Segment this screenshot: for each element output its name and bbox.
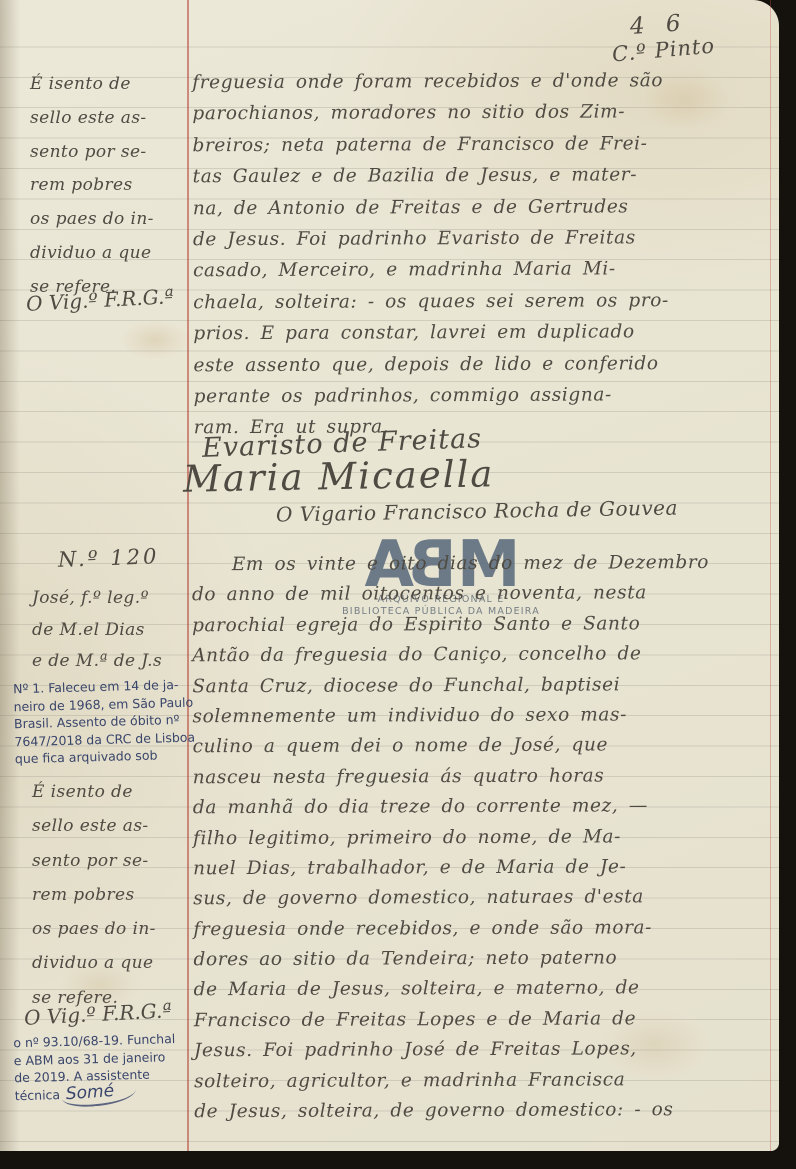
- left-margin-rule: [187, 0, 189, 1151]
- text-line: breiros; neta paterna de Francisco de Fr…: [192, 128, 770, 162]
- text-line: solteiro, agricultor, e madrinha Francis…: [194, 1064, 772, 1097]
- text-line: Francisco de Freitas Lopes e de Maria de: [194, 1004, 772, 1037]
- text-line: sello este as-: [32, 809, 187, 843]
- text-line: os paes do in-: [32, 912, 187, 946]
- text-line: solemnemente um individuo do sexo mas-: [192, 700, 770, 733]
- text-line: sello este as-: [30, 102, 185, 136]
- text-line: na, de Antonio de Freitas e de Gertrudes: [193, 190, 771, 224]
- text-line: Em os vinte e oito dias do mez de Dezemb…: [192, 548, 770, 581]
- text-line: rem pobres: [30, 169, 185, 203]
- text-line: Jesus. Foi padrinho José de Freitas Lope…: [194, 1034, 772, 1067]
- text-line: de Maria de Jesus, solteira, e materno, …: [194, 973, 772, 1006]
- text-line: prios. E para constar, lavrei em duplica…: [193, 316, 771, 350]
- register-page: 4 6 C.º Pinto É isento desello este as-s…: [0, 0, 779, 1151]
- record2-margin-header: José, f.º leg.ºde M.el Diase de M.ª de J…: [32, 583, 182, 678]
- text-line: dores ao sitio da Tendeira; neto paterno: [193, 943, 771, 976]
- text-line: do anno de mil oitocentos e noventa, nes…: [192, 578, 770, 611]
- record1-body-text: freguesia onde foram recebidos e d'onde …: [192, 65, 772, 444]
- text-line: e de M.ª de J.s: [32, 646, 182, 678]
- text-line: sento por se-: [32, 844, 187, 878]
- text-line: parochianos, moradores no sitio dos Zim-: [192, 96, 770, 130]
- text-line: de M.el Dias: [32, 615, 182, 647]
- text-line: os paes do in-: [30, 203, 185, 237]
- text-line: casado, Merceiro, e madrinha Maria Mi-: [193, 253, 771, 287]
- text-line: dividuo a que: [32, 946, 187, 980]
- text-line: filho legitimo, primeiro do nome, de Ma-: [193, 821, 771, 854]
- text-line: perante os padrinhos, commigo assigna-: [194, 379, 772, 413]
- text-line: É isento de: [32, 775, 187, 809]
- text-line: dividuo a que: [30, 237, 185, 271]
- text-line: tas Gaulez e de Bazilia de Jesus, e mate…: [193, 159, 771, 193]
- text-line: culino a quem dei o nome de José, que: [193, 730, 771, 763]
- text-line: Santa Cruz, diocese do Funchal, baptisei: [192, 669, 770, 702]
- text-line: chaela, solteira: - os quaes sei serem o…: [193, 284, 771, 318]
- text-line: sus, de governo domestico, naturaes d'es…: [193, 882, 771, 915]
- record2-margin-note: É isento desello este as-sento por se-re…: [32, 775, 187, 1015]
- godmother-signature: Maria Micaella: [183, 452, 495, 500]
- text-line: sento por se-: [30, 136, 185, 170]
- text-line: freguesia onde foram recebidos e d'onde …: [192, 65, 770, 99]
- record2-number: N.º 120: [58, 544, 160, 572]
- text-line: É isento de: [30, 68, 185, 102]
- text-line: de Jesus. Foi padrinho Evaristo de Freit…: [193, 222, 771, 256]
- text-line: Antão da freguesia do Caniço, concelho d…: [192, 639, 770, 672]
- text-line: nasceu nesta freguesia ás quatro horas: [193, 760, 771, 793]
- binding-gutter-shadow: [0, 0, 20, 1151]
- text-line: freguesia onde recebidos, e onde são mor…: [193, 912, 771, 945]
- text-line: rem pobres: [32, 878, 187, 912]
- text-line: nuel Dias, trabalhador, e de Maria de Je…: [193, 852, 771, 885]
- text-line: este assento que, depois de lido e confe…: [193, 347, 771, 381]
- archival-death-note: Nº 1. Faleceu em 14 de ja-neiro de 1968,…: [13, 676, 187, 768]
- text-line: parochial egreja do Espirito Santo e San…: [192, 609, 770, 642]
- record2-body-text: Em os vinte e oito dias do mez de Dezemb…: [192, 548, 773, 1128]
- record1-margin-note: É isento desello este as-sento por se-re…: [30, 68, 185, 305]
- text-line: da manhã do dia treze do corrente mez, —: [193, 791, 771, 824]
- text-line: José, f.º leg.º: [32, 583, 182, 615]
- text-line: de Jesus, solteira, de governo domestico…: [194, 1095, 772, 1128]
